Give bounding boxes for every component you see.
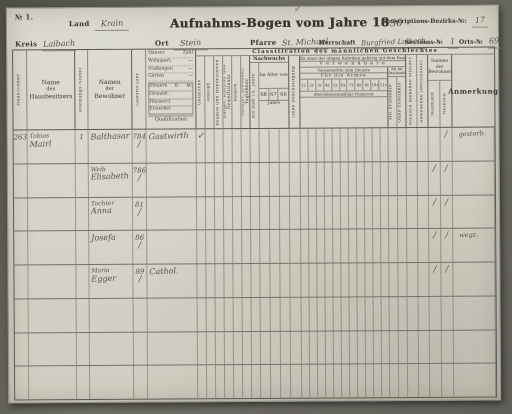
cell-armee <box>334 297 342 330</box>
cell-qualification <box>148 298 198 331</box>
cell-ausland-ohne <box>398 128 407 161</box>
col-abwesende-label: Abwesende (Beurlaubte) <box>420 59 425 122</box>
cell-beamte <box>215 197 224 230</box>
cell-anmerkung <box>453 161 495 194</box>
cell-armee <box>373 128 381 161</box>
cell-dienende <box>407 128 418 161</box>
alter-box: Im Alter von 68 67 66 Jahre <box>259 63 288 128</box>
col-beamte-label: Beamte und Honoratioren <box>216 59 221 126</box>
summe-t3: Bewohner <box>428 70 451 76</box>
cell-buerger <box>224 197 233 230</box>
cell-armee <box>341 162 349 195</box>
cell-armee <box>382 297 390 330</box>
age-col-67: 67 <box>269 89 279 100</box>
cell-age-67 <box>271 365 281 398</box>
cell-armee <box>302 365 310 398</box>
cell-bis14 <box>251 129 260 162</box>
owner-top-value <box>28 264 75 269</box>
qualification-value <box>147 196 196 201</box>
summe-w-mark: ∕ <box>441 128 452 140</box>
haus-nr-value <box>15 367 28 370</box>
col-mit-erlaubnis-label: Mit Erlaubniß <box>390 84 395 120</box>
cell-geburtsjahr <box>134 332 148 365</box>
age-col-68: 68 <box>259 89 269 100</box>
col-maennlich: Männlich <box>428 81 440 127</box>
cell-age-67 <box>270 264 280 297</box>
cell-haus-nr <box>14 164 28 197</box>
cell-haeusler <box>243 365 252 398</box>
cell-bis14 <box>251 163 260 196</box>
cell-armee <box>317 264 325 297</box>
cell-ausland-ohne <box>399 331 408 364</box>
bewohner-top-value <box>90 365 133 370</box>
cell-summe-m: ∕ <box>429 263 441 296</box>
cell-adelige <box>206 197 215 230</box>
cell-summe-m <box>430 330 442 363</box>
cell-ausland-ohne <box>399 297 408 330</box>
col-bauern-label: Bauern <box>234 83 239 101</box>
col-bis-14-label: Bis zum 14. Jahre <box>252 73 257 118</box>
col-bewohner-l1: Namen <box>99 79 121 87</box>
cell-wohn-nr <box>76 231 89 264</box>
col-beamte: Beamte und Honoratioren <box>214 56 223 128</box>
cell-age-66 <box>280 129 290 162</box>
cell-armee <box>381 263 389 296</box>
cell-armee <box>310 365 318 398</box>
cell-bauern <box>234 298 243 331</box>
col-haeusler: Häusler, Inwohner, Taglöhner <box>241 56 250 128</box>
owner-top-value <box>28 163 75 168</box>
armee-col: 2r <box>308 80 316 91</box>
cell-adelige <box>206 129 215 162</box>
armee-col: 6r <box>340 79 348 90</box>
cell-owner: Tobias Mairl <box>28 130 76 163</box>
cell-age-66 <box>281 365 291 398</box>
cell-armee <box>326 331 334 364</box>
cell-ohne <box>290 264 301 297</box>
cell-geburtsjahr: 89 ∕ <box>133 265 147 298</box>
summe-w-mark <box>442 297 453 300</box>
cell-armee <box>381 162 389 195</box>
cell-armee <box>381 128 389 161</box>
remark-value: wegz. <box>453 228 494 240</box>
col-ohne-beschaeftigung: Ohne Beschäftigung <box>289 56 300 128</box>
land-label: Land <box>69 19 90 28</box>
quali-line: Häuser <box>148 51 165 58</box>
armee-col: 4r <box>324 80 332 91</box>
wohn-nr-value <box>76 265 88 268</box>
col-bauern: Bauern <box>232 56 241 128</box>
cell-bewohner: Josefa <box>89 231 133 264</box>
summe-m-mark: ∕ <box>429 195 440 207</box>
cell-armee <box>325 230 333 263</box>
quali-sub-row: Erwerbst. <box>149 107 172 114</box>
cell-owner <box>28 198 76 231</box>
cell-abwesende <box>418 195 429 228</box>
cell-armee <box>341 196 349 229</box>
table-row: Maria Egger 89 ∕ Cathol. ∕ <box>14 263 495 300</box>
cell-age-67 <box>270 230 280 263</box>
pfarre-label: Pfarre <box>250 38 277 47</box>
cell-bewohner: Tochter Anna <box>89 197 133 230</box>
quali-sub-h: Steuern <box>149 84 167 91</box>
class-mark <box>197 264 205 267</box>
cell-geistliche: ✓ <box>197 129 206 162</box>
col-dienende: Wirklich dienende Militärs <box>406 55 417 127</box>
armee-col: 7r <box>348 79 356 90</box>
cell-dienende <box>407 263 418 296</box>
cell-armee <box>341 263 349 296</box>
cell-haus-nr <box>14 265 28 298</box>
cell-qualification <box>147 197 197 230</box>
cell-bis14 <box>252 365 261 398</box>
cell-armee <box>349 196 357 229</box>
cell-haeusler <box>243 332 252 365</box>
haus-nr-value <box>14 198 27 201</box>
cell-haus-nr <box>14 232 28 265</box>
cell-bauern <box>233 129 242 162</box>
col-geburtsjahr-label: Geburts-Jahr <box>136 73 141 106</box>
col-buerger: Bürger, Künstler und Gewerbsleute <box>223 56 232 128</box>
orts-label: Orts-№ <box>459 39 483 46</box>
cell-summe-m: ∕ <box>429 162 441 195</box>
cell-owner <box>28 231 76 264</box>
cell-summe-w <box>442 330 454 363</box>
cell-armee <box>374 297 382 330</box>
cell-dienende <box>407 195 418 228</box>
bewohner-value: Egger <box>89 274 132 285</box>
wohn-nr-value <box>77 299 89 302</box>
cell-armee <box>373 162 381 195</box>
cell-ohne <box>290 230 301 263</box>
cell-haeusler <box>242 264 251 297</box>
qualification-value <box>147 162 196 167</box>
cell-haus-nr <box>14 198 28 231</box>
cell-geburtsjahr: 784 ∕ <box>133 130 147 163</box>
col-adelige-label: Adelige <box>207 83 212 102</box>
cell-ausland-mit <box>389 263 398 296</box>
cell-qualification: Gastwirth <box>147 129 197 162</box>
geburtsjahr-value <box>134 332 147 335</box>
cell-armee <box>309 162 317 195</box>
census-table: Haus-Numer Name des Hausbesitzers Wohnun… <box>12 47 497 401</box>
cell-geistliche <box>197 231 206 264</box>
alter-box-title: Im Alter von <box>259 63 288 89</box>
summe-m-mark: ∕ <box>429 263 440 275</box>
col-dienende-label: Wirklich dienende Militärs <box>409 57 414 126</box>
cell-qualification <box>147 163 197 196</box>
quali-line-val: — <box>189 58 194 65</box>
cell-ausland-ohne <box>398 263 407 296</box>
tick-mark: ∕ <box>133 242 146 251</box>
cell-armee <box>366 331 374 364</box>
cell-buerger <box>225 298 234 331</box>
ausland-title: Ab im Auslande <box>388 67 405 77</box>
cell-armee <box>318 331 326 364</box>
cell-buerger <box>224 129 233 162</box>
cell-armee <box>341 128 349 161</box>
ausland-box: Ab im Auslande Mit Erlaubniß Ohne Erlaub… <box>388 67 405 127</box>
cell-age-66 <box>280 230 290 263</box>
cell-ohne <box>290 196 301 229</box>
cell-armee <box>373 229 381 262</box>
remark-value <box>454 296 495 300</box>
haus-nr-value <box>14 265 27 268</box>
cell-summe-m <box>430 297 442 330</box>
col-qualification-box: HäuserZahl Wohnpart.— Stallungen— Gärten… <box>146 49 196 128</box>
cell-ausland-mit <box>389 162 398 195</box>
cell-armee <box>374 331 382 364</box>
cell-beamte <box>215 163 224 196</box>
cell-haus-nr <box>15 299 29 332</box>
cell-bewohner: Balthasar <box>89 130 133 163</box>
wohn-nr-value <box>76 164 88 167</box>
col-adelige: Adelige <box>205 56 214 128</box>
owner-top-value <box>28 231 75 236</box>
cell-armee <box>326 365 334 398</box>
cell-age-68 <box>261 365 271 398</box>
col-abwesende: Abwesende (Beurlaubte) <box>417 55 428 127</box>
cell-anmerkung <box>454 330 496 363</box>
cell-summe-w: ∕ <box>441 195 453 228</box>
cell-armee <box>333 263 341 296</box>
cell-ausland-ohne <box>398 229 407 262</box>
col-bis-14: Bis zum 14. Jahre <box>250 63 259 128</box>
table-row: 263 Tobias Mairl 1 Balthasar 784 ∕ Gastw… <box>14 128 495 165</box>
cell-ohne <box>290 162 301 195</box>
cell-armee <box>366 297 374 330</box>
cell-haeusler <box>242 129 251 162</box>
col-anmerkung: Anmerkung <box>452 55 494 127</box>
cell-armee <box>317 196 325 229</box>
bewohner-value: Balthasar <box>88 132 131 143</box>
tick-mark: ∕ <box>133 174 146 183</box>
cell-bewohner: Weib Elisabeth <box>89 163 133 196</box>
cell-age-66 <box>281 298 291 331</box>
cell-abwesende <box>418 229 429 262</box>
cell-adelige <box>207 298 216 331</box>
class-mark: ✓ <box>197 129 205 141</box>
cell-geistliche <box>197 163 206 196</box>
cell-ohne <box>290 129 301 162</box>
cell-summe-w: ∕ <box>441 263 453 296</box>
qualification-value <box>148 297 197 302</box>
cell-armee <box>301 162 309 195</box>
table-row: Tochter Anna 81 ∕ ∕ ∕ <box>14 195 495 232</box>
armee-col: 5r <box>332 79 340 90</box>
cell-haeusler <box>242 163 251 196</box>
cell-age-67 <box>271 298 281 331</box>
qualification-mini-table: HäuserZahl Wohnpart.— Stallungen— Gärten… <box>146 49 195 128</box>
cell-wohn-nr <box>77 366 90 399</box>
cell-haus-nr <box>15 367 29 400</box>
cell-haus-nr <box>15 333 29 366</box>
cell-armee <box>358 297 366 330</box>
cell-summe-w: ∕ <box>441 128 453 161</box>
col-ohne-erlaubnis: Ohne Erlaubniß <box>397 77 406 127</box>
cell-armee <box>342 365 350 398</box>
haus-nr-value: 263 <box>14 130 27 141</box>
kreis-label: Kreis <box>15 39 37 48</box>
cell-age-67 <box>271 331 281 364</box>
table-row: Josefa 86 ∕ ∕ ∕ wegz. <box>14 229 495 266</box>
cell-armee <box>350 297 358 330</box>
tick-mark: ∕ <box>133 276 146 285</box>
cell-summe-w <box>442 297 454 330</box>
haus-nr-value <box>15 333 28 336</box>
cell-armee <box>333 128 341 161</box>
conscription-label: Conscriptions-Bezirks-№: <box>381 18 467 26</box>
wohn-nr-value <box>76 231 88 234</box>
table-header: Haus-Numer Name des Hausbesitzers Wohnun… <box>13 48 494 131</box>
cell-anmerkung <box>453 195 495 228</box>
cell-bauern <box>234 332 243 365</box>
sections-label: Sections-№ <box>405 39 443 46</box>
quali-sub-h: fl. <box>175 83 179 90</box>
cell-abwesende <box>418 128 429 161</box>
col-ohne-label: Ohne Beschäftigung <box>292 66 297 118</box>
remark-value <box>454 363 495 367</box>
cell-age-66 <box>281 331 291 364</box>
alter-fill <box>259 106 288 128</box>
cell-armee <box>301 230 309 263</box>
cell-dienende <box>408 297 419 330</box>
summe-w-mark: ∕ <box>441 263 452 275</box>
cell-ohne <box>291 365 302 398</box>
cell-age-68 <box>260 230 270 263</box>
cell-armee <box>374 364 382 397</box>
cell-abwesende <box>419 297 430 330</box>
cell-anmerkung <box>454 364 496 397</box>
cell-armee <box>301 196 309 229</box>
summe-m-mark <box>430 364 441 367</box>
remark-value: gestorb. <box>452 127 493 139</box>
armee-group: Vorgemerkte zum Dienste Für die Armee 1r… <box>300 67 388 128</box>
wohn-nr-value: 1 <box>76 130 88 141</box>
cell-adelige <box>206 264 215 297</box>
col-wohnungs-numer-label: Wohnungs-Numer <box>79 67 84 112</box>
table-row <box>15 296 496 333</box>
quali-sub-row: Häusercl. <box>149 99 171 106</box>
cell-armee <box>357 162 365 195</box>
remark-value <box>453 262 494 266</box>
class-mark <box>197 197 205 200</box>
cell-anmerkung <box>453 263 495 296</box>
summe-w-mark: ∕ <box>441 162 452 174</box>
armee-col: 11r <box>379 79 387 90</box>
cell-owner <box>29 366 77 399</box>
cell-qualification <box>147 231 197 264</box>
remark-value <box>453 194 494 198</box>
cell-geburtsjahr: 86 ∕ <box>133 231 147 264</box>
cell-anmerkung: wegz. <box>453 229 495 262</box>
cell-dienende <box>407 229 418 262</box>
cell-geistliche <box>198 298 207 331</box>
cell-armee <box>366 365 374 398</box>
cell-armee <box>381 196 389 229</box>
cell-ausland-mit <box>389 196 398 229</box>
cell-bis14 <box>252 331 261 364</box>
cell-anmerkung: gestorb. <box>453 128 495 161</box>
haus-nr-value <box>14 164 27 167</box>
class-mark <box>197 163 205 166</box>
class-mark <box>198 298 206 301</box>
cell-summe-m <box>430 364 442 397</box>
age-col-66: 66 <box>279 89 289 100</box>
cell-geistliche <box>197 197 206 230</box>
cell-bis14 <box>251 264 260 297</box>
summe-m-mark <box>430 297 441 300</box>
cell-age-68 <box>260 163 270 196</box>
summe-m-mark <box>429 128 440 131</box>
armee-col: 1r <box>300 80 308 91</box>
cell-ohne <box>291 297 302 330</box>
paper-sheet: № 1. Land Krain ✓ Aufnahms-Bogen vom Jah… <box>6 4 501 403</box>
col-hausbesitzer-l3: Hausbesitzers <box>29 93 72 101</box>
cell-qualification <box>148 332 198 365</box>
cell-buerger <box>224 264 233 297</box>
quali-sub-table: Steuernfl.kr. Grundst. Häusercl. Erwerbs… <box>148 82 193 114</box>
cell-dienende <box>407 162 418 195</box>
armee-col: 9r <box>363 79 371 90</box>
owner-top-value <box>28 197 75 202</box>
cell-armee <box>309 196 317 229</box>
cell-age-68 <box>261 298 271 331</box>
bewohner-top-value <box>90 298 133 303</box>
cell-armee <box>318 365 326 398</box>
cell-qualification: Cathol. <box>147 264 197 297</box>
owner-top-value <box>29 366 76 371</box>
summe-title: Summe der Bewohner <box>428 55 451 81</box>
cell-beamte <box>215 230 224 263</box>
cell-armee <box>350 331 358 364</box>
cell-anmerkung <box>454 296 496 329</box>
quali-line-val: — <box>189 66 194 73</box>
haus-nr-value <box>14 232 27 235</box>
cell-ohne <box>291 331 302 364</box>
col-anmerkung-label: Anmerkung <box>448 86 499 95</box>
cell-adelige <box>206 163 215 196</box>
cell-bewohner <box>90 298 134 331</box>
bewohner-value: Josefa <box>89 233 132 244</box>
quali-line: Gärten <box>148 74 164 81</box>
cell-age-66 <box>280 264 290 297</box>
summe-w-mark <box>442 330 453 333</box>
cell-armee <box>365 162 373 195</box>
cell-armee <box>302 331 310 364</box>
cell-bis14 <box>251 196 260 229</box>
classification-group: Classification des männlichen Geschlecht… <box>196 48 494 129</box>
col-weiblich-label: Weiblich <box>443 93 448 115</box>
geburtsjahr-value <box>134 366 147 369</box>
cell-age-68 <box>260 264 270 297</box>
cell-armee <box>365 128 373 161</box>
cell-armee <box>350 365 358 398</box>
cell-bauern <box>233 230 242 263</box>
form-title: Aufnahms-Bogen vom Jahre 18 <box>170 15 390 30</box>
ort-value: Stein <box>180 38 201 48</box>
cell-age-66 <box>280 196 290 229</box>
cell-haus-nr: 263 <box>14 130 28 163</box>
cell-abwesende <box>418 263 429 296</box>
cell-armee <box>317 162 325 195</box>
cell-ausland-mit <box>390 331 399 364</box>
cell-armee <box>382 364 390 397</box>
cell-adelige <box>207 365 216 398</box>
cell-armee <box>373 196 381 229</box>
cell-bauern <box>233 163 242 196</box>
cell-bewohner <box>90 366 134 399</box>
